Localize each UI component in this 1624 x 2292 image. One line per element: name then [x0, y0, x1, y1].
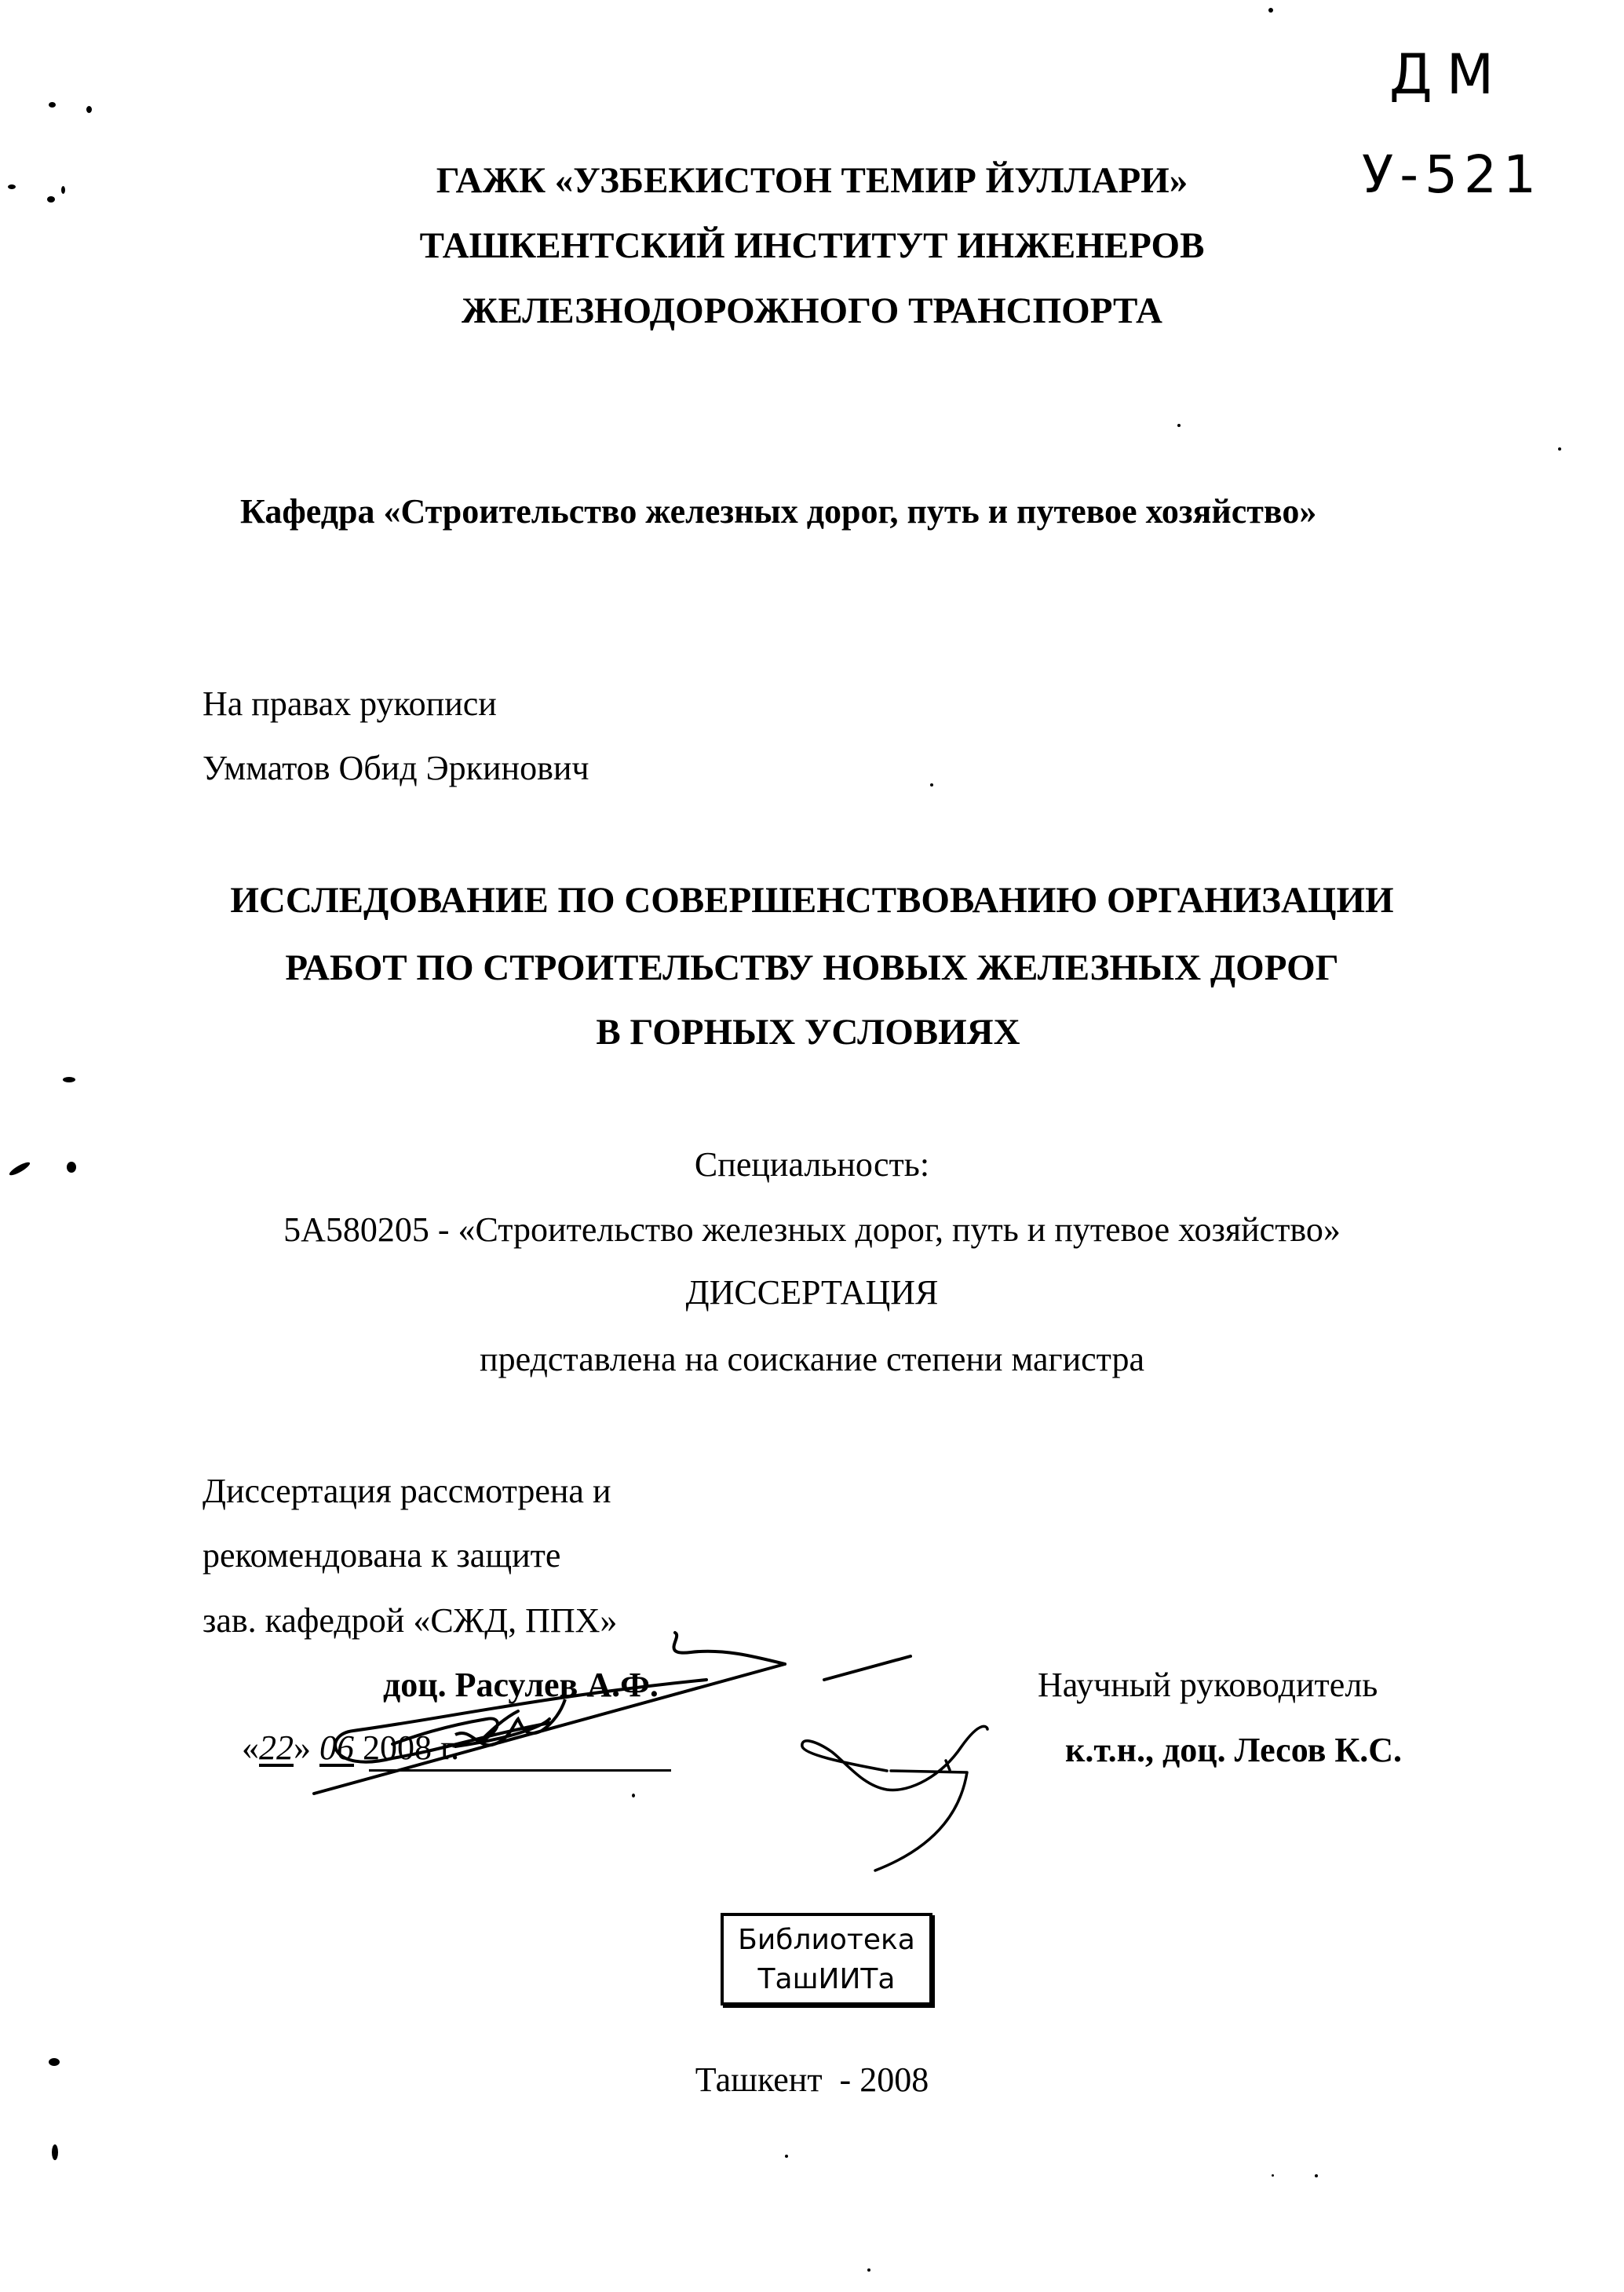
scan-speck	[61, 186, 65, 194]
scan-speck	[49, 102, 56, 108]
scan-speck	[1268, 8, 1273, 13]
scan-speck	[8, 184, 16, 189]
scan-speck	[52, 2144, 58, 2160]
scan-speck	[930, 783, 933, 787]
scan-speck	[867, 2268, 870, 2272]
scan-speck	[49, 2058, 60, 2066]
title-page: ДМ У-521 ГАЖК «УЗБЕКИСТОН ТЕМИР ЙУЛЛАРИ»…	[0, 0, 1624, 2292]
scan-speck	[785, 2155, 788, 2158]
scan-speck	[67, 1162, 76, 1173]
scan-speck	[86, 106, 92, 113]
scan-speck	[1315, 2174, 1318, 2177]
city-year: Ташкент - 2008	[0, 2063, 1624, 2097]
scan-speck	[1177, 424, 1181, 427]
scan-speck	[63, 1077, 75, 1082]
scan-speck	[1558, 447, 1561, 451]
scan-speck	[1272, 2174, 1274, 2177]
library-stamp: Библиотека ТашИИТа	[721, 1913, 932, 2006]
stamp-line1: Библиотека	[724, 1921, 929, 1960]
scan-speck	[632, 1794, 635, 1797]
stamp-line2: ТашИИТа	[724, 1960, 929, 1999]
scan-speck	[47, 196, 55, 203]
